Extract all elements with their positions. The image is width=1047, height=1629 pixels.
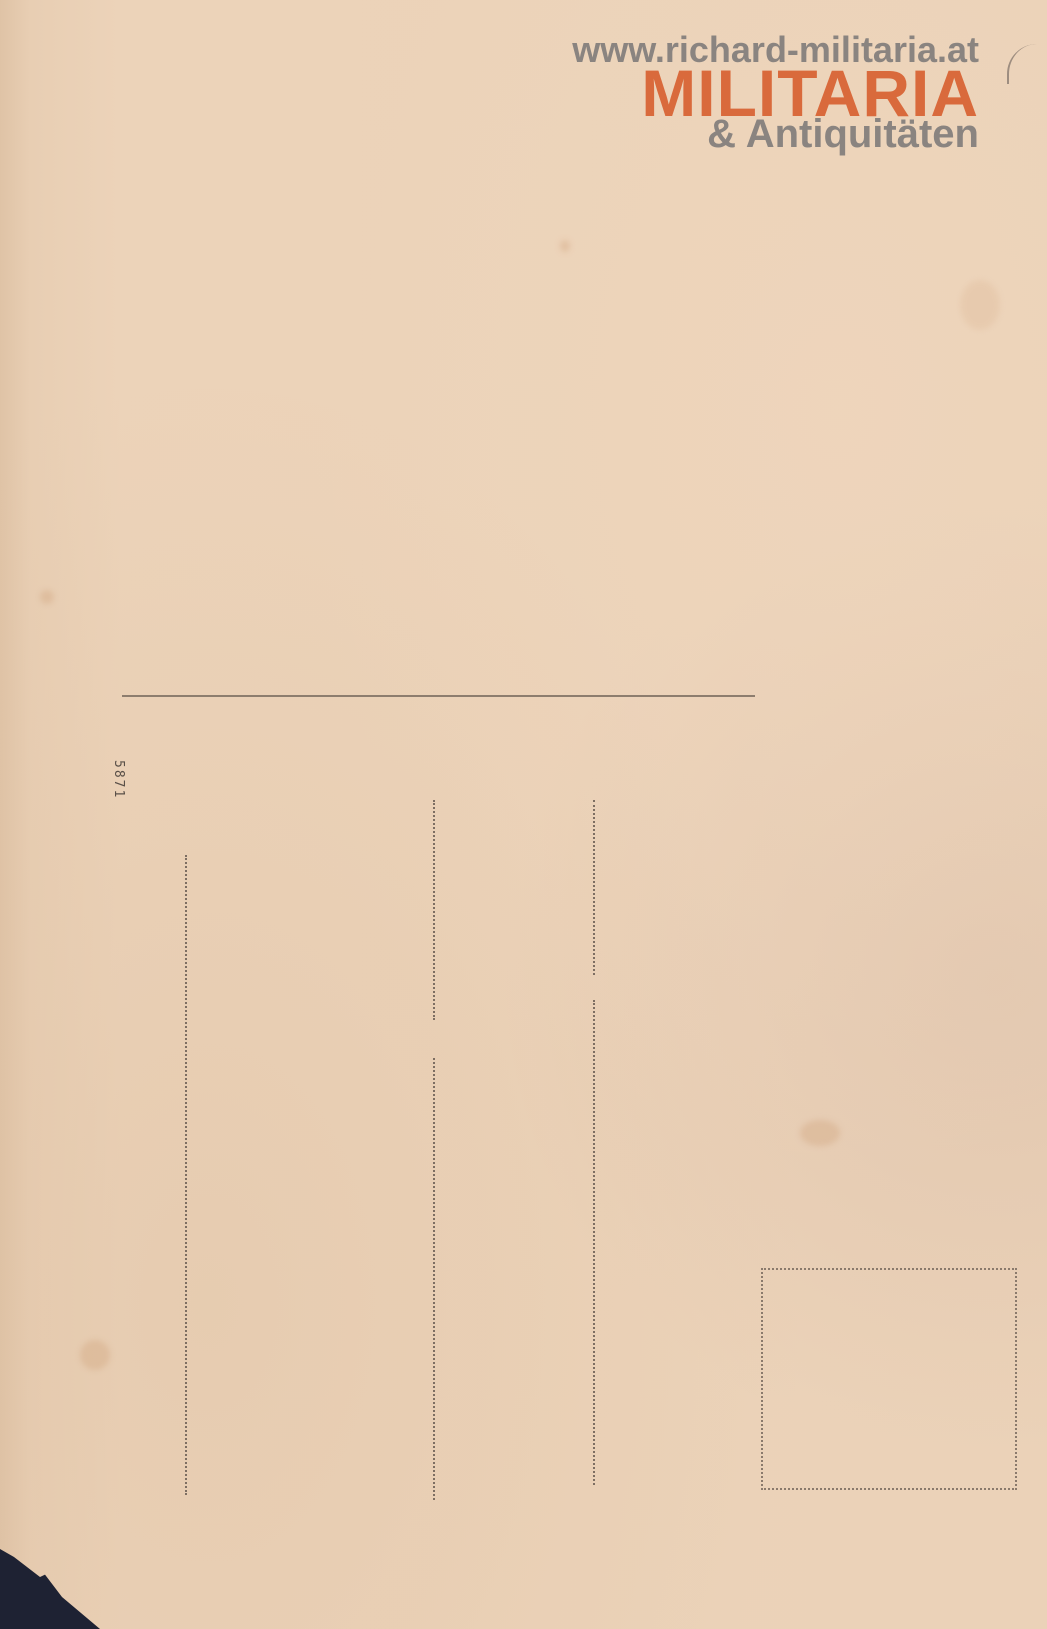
watermark: www.richard-militaria.at MILITARIA & Ant… bbox=[572, 32, 979, 154]
edge-scratch bbox=[1007, 44, 1039, 84]
background-corner bbox=[0, 1549, 100, 1629]
postcard-back: www.richard-militaria.at MILITARIA & Ant… bbox=[0, 0, 1047, 1629]
foxing-spot bbox=[40, 590, 54, 604]
address-line-2-lower bbox=[433, 1058, 435, 1500]
address-line-3-lower bbox=[593, 1000, 595, 1485]
watermark-subtitle: & Antiquitäten bbox=[572, 114, 979, 154]
foxing-spot bbox=[800, 1120, 840, 1146]
stamp-box bbox=[761, 1268, 1017, 1490]
address-line-1 bbox=[185, 855, 187, 1495]
foxing-spot bbox=[960, 280, 1000, 330]
foxing-spot bbox=[560, 240, 570, 252]
address-line-3-upper bbox=[593, 800, 595, 975]
serial-number: 5871 bbox=[111, 760, 126, 799]
message-divider-line bbox=[122, 695, 755, 697]
foxing-spot bbox=[80, 1340, 110, 1370]
address-line-2-upper bbox=[433, 800, 435, 1020]
